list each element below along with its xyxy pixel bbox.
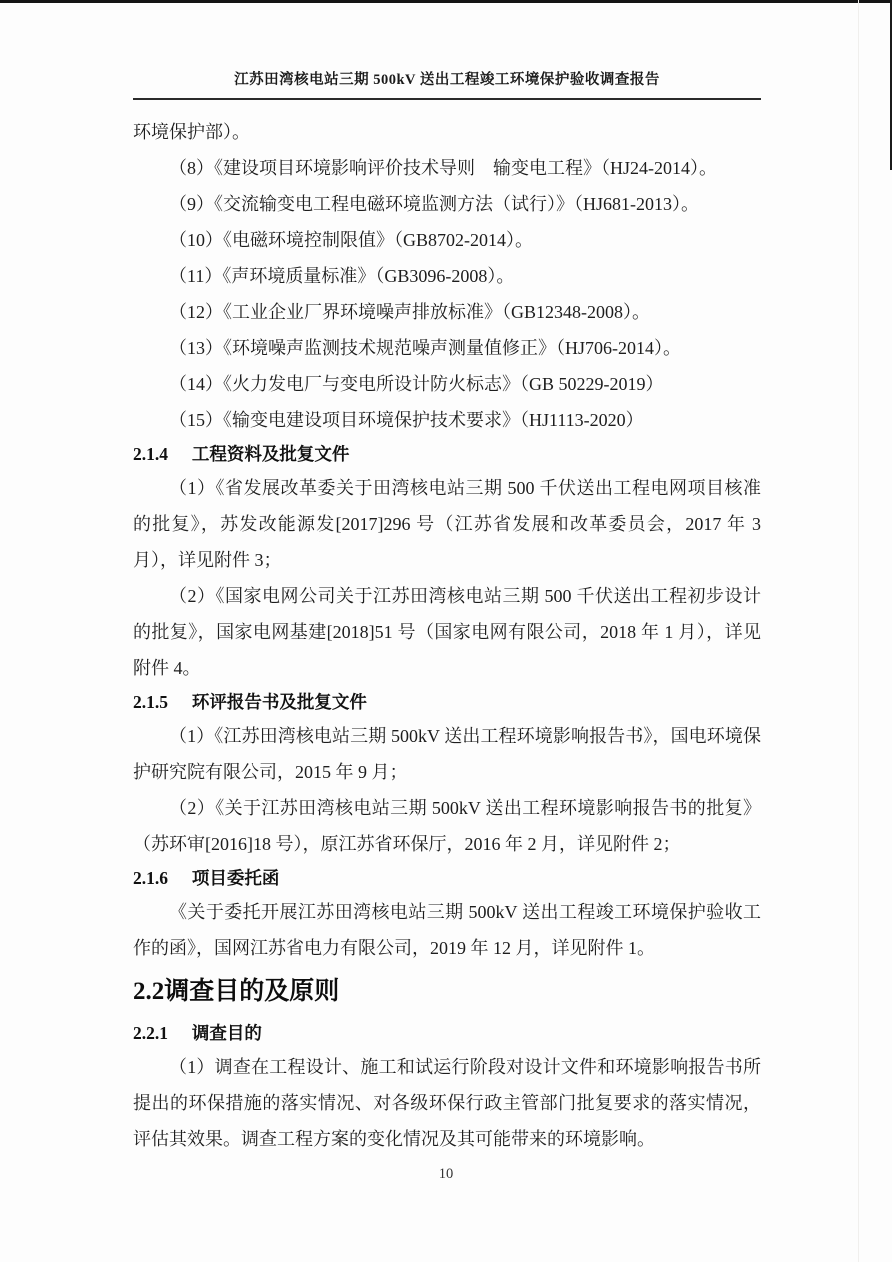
section-2-1-4-paragraph-2: （2）《国家电网公司关于江苏田湾核电站三期 500 千伏送出工程初步设计的批复》… <box>133 578 761 686</box>
section-2-1-4-paragraph-1: （1）《省发展改革委关于田湾核电站三期 500 千伏送出工程电网项目核准的批复》… <box>133 470 761 578</box>
section-2-1-5-paragraph-1: （1）《江苏田湾核电站三期 500kV 送出工程环境影响报告书》，国电环境保护研… <box>133 718 761 790</box>
reference-item-13: （13）《环境噪声监测技术规范噪声测量值修正》（HJ706-2014）。 <box>133 330 761 366</box>
document-page: 江苏田湾核电站三期 500kV 送出工程竣工环境保护验收调查报告 环境保护部）。… <box>0 0 892 1262</box>
section-title: 环评报告书及批复文件 <box>192 692 367 712</box>
running-header: 江苏田湾核电站三期 500kV 送出工程竣工环境保护验收调查报告 <box>133 70 761 100</box>
section-heading-2-2-1: 2.2.1 调查目的 <box>133 1017 761 1049</box>
page-number: 10 <box>0 1166 892 1183</box>
section-2-2-1-paragraph-1: （1）调查在工程设计、施工和试运行阶段对设计文件和环境影响报告书所提出的环保措施… <box>133 1049 761 1157</box>
reference-item-14: （14）《火力发电厂与变电所设计防火标志》（GB 50229-2019） <box>133 366 761 402</box>
section-heading-2-1-6: 2.1.6 项目委托函 <box>133 862 761 894</box>
section-number: 2.2 <box>133 978 164 1005</box>
section-heading-2-2: 2.2调查目的及原则 <box>133 970 761 1013</box>
running-header-title: 江苏田湾核电站三期 500kV 送出工程竣工环境保护验收调查报告 <box>234 72 660 88</box>
section-title: 调查目的及原则 <box>164 977 339 1005</box>
reference-item-8: （8）《建设项目环境影响评价技术导则 输变电工程》（HJ24-2014）。 <box>133 150 761 186</box>
section-title: 调查目的 <box>192 1023 262 1043</box>
reference-item-12: （12）《工业企业厂界环境噪声排放标准》（GB12348-2008）。 <box>133 294 761 330</box>
section-title: 工程资料及批复文件 <box>192 444 350 464</box>
reference-item-10: （10）《电磁环境控制限值》（GB8702-2014）。 <box>133 222 761 258</box>
section-number: 2.1.6 <box>133 868 168 888</box>
reference-item-15: （15）《输变电建设项目环境保护技术要求》（HJ1113-2020） <box>133 402 761 438</box>
section-heading-2-1-5: 2.1.5 环评报告书及批复文件 <box>133 686 761 718</box>
document-body: 环境保护部）。 （8）《建设项目环境影响评价技术导则 输变电工程》（HJ24-2… <box>133 114 761 1157</box>
section-number: 2.1.5 <box>133 692 168 712</box>
section-number: 2.1.4 <box>133 444 168 464</box>
scan-seam-line <box>858 0 859 1262</box>
section-heading-2-1-4: 2.1.4 工程资料及批复文件 <box>133 438 761 470</box>
reference-item-11: （11）《声环境质量标准》（GB3096-2008）。 <box>133 258 761 294</box>
paragraph-continuation: 环境保护部）。 <box>133 114 761 150</box>
reference-item-9: （9）《交流输变电工程电磁环境监测方法（试行）》（HJ681-2013）。 <box>133 186 761 222</box>
section-2-1-6-paragraph-1: 《关于委托开展江苏田湾核电站三期 500kV 送出工程竣工环境保护验收工作的函》… <box>133 894 761 966</box>
section-number: 2.2.1 <box>133 1023 168 1043</box>
section-2-1-5-paragraph-2: （2）《关于江苏田湾核电站三期 500kV 送出工程环境影响报告书的批复》（苏环… <box>133 790 761 862</box>
page-content: 江苏田湾核电站三期 500kV 送出工程竣工环境保护验收调查报告 环境保护部）。… <box>133 0 761 1157</box>
section-title: 项目委托函 <box>192 868 280 888</box>
